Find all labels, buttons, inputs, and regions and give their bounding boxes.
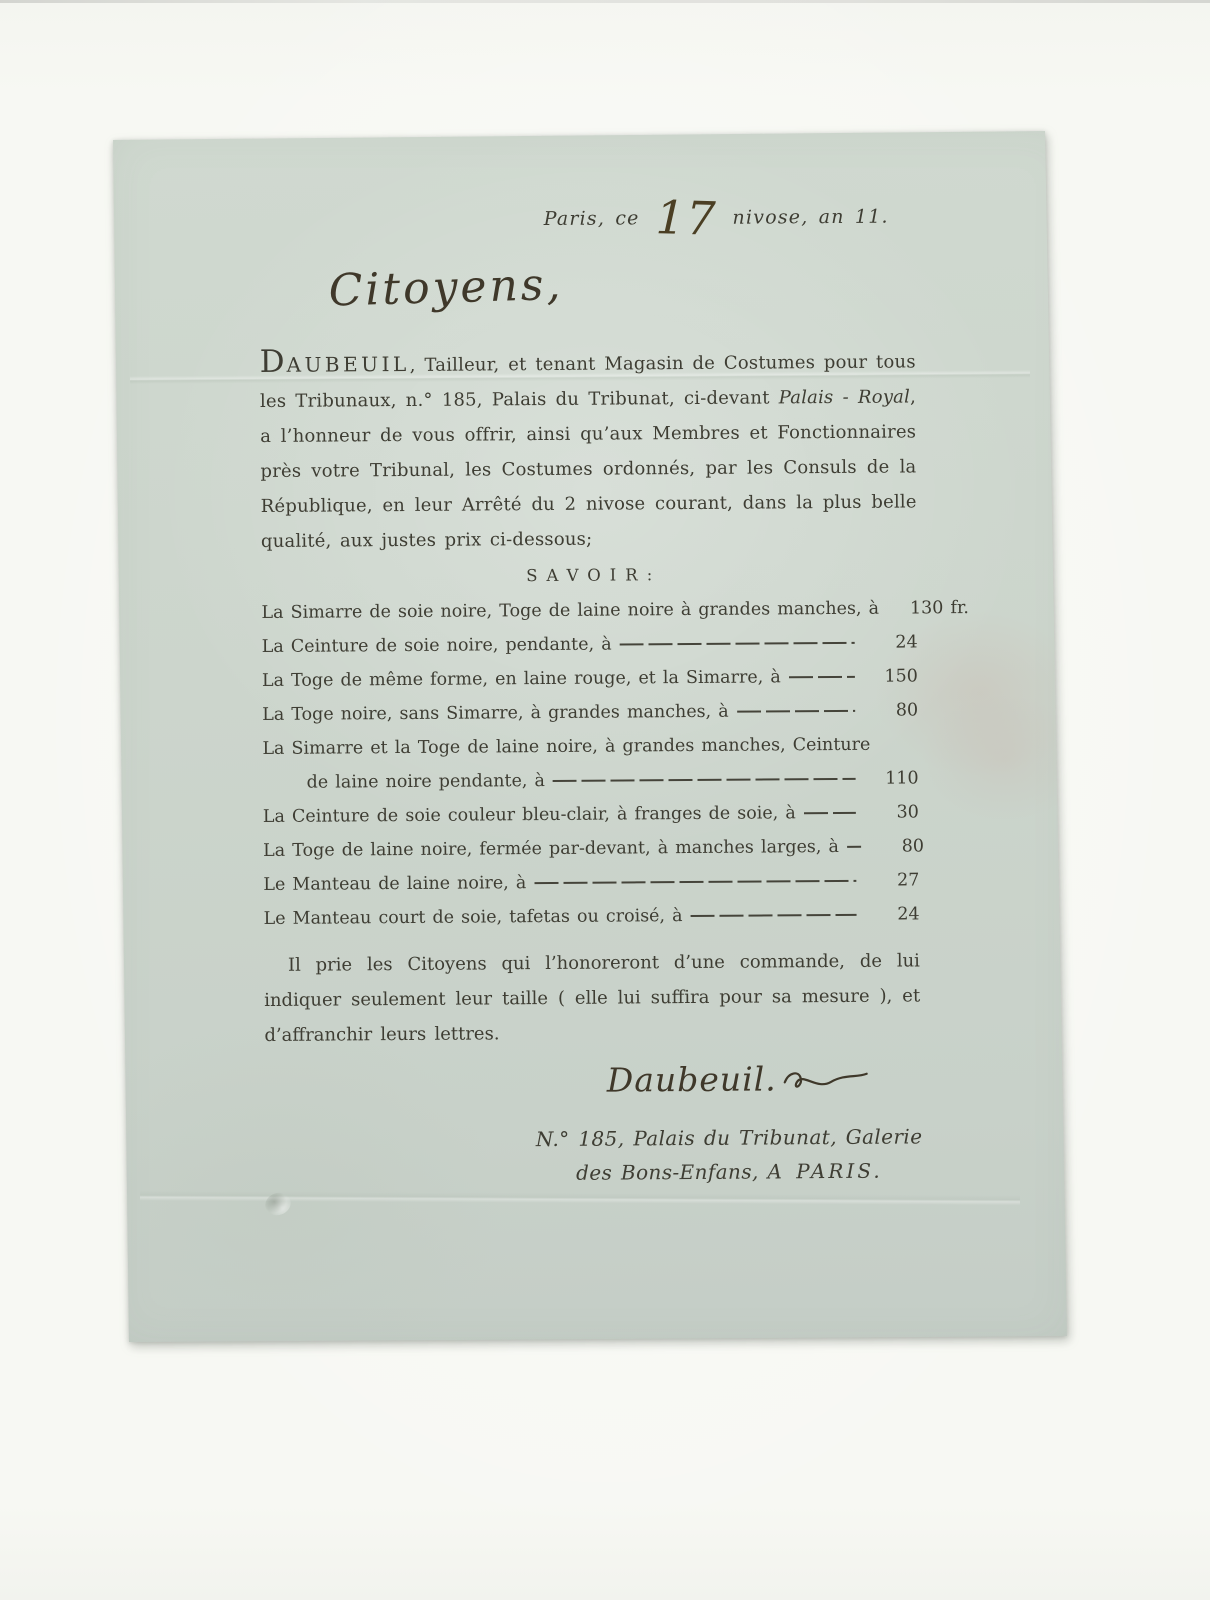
signature-flourish-icon bbox=[783, 1067, 869, 1094]
price-list-row: La Simarre de soie noire, Toge de laine … bbox=[261, 591, 917, 630]
price-value: 24 bbox=[865, 897, 919, 931]
price-value: 30 bbox=[865, 795, 919, 829]
dash-leader bbox=[620, 630, 855, 649]
price-list-row: Le Manteau de laine noire, à 27 bbox=[263, 863, 919, 902]
price-list-row: La Toge de laine noire, fermée par-devan… bbox=[263, 829, 919, 868]
dateline: Paris, ce 17 nivose, an 11. bbox=[259, 206, 889, 232]
price-list-row-two-line: La Simarre et la Toge de laine noire, à … bbox=[262, 727, 918, 800]
dash-leader bbox=[737, 698, 856, 716]
lead-name: AUBEUIL bbox=[286, 352, 409, 377]
dateline-suffix: nivose, an 11. bbox=[732, 206, 888, 229]
price-value: 24 bbox=[864, 625, 918, 659]
closing-paragraph: Il prie les Citoyens qui l’honoreront d’… bbox=[264, 943, 921, 1053]
price-list-row-line1: La Simarre et la Toge de laine noire, à … bbox=[262, 727, 918, 766]
price-list: La Simarre de soie noire, Toge de laine … bbox=[261, 591, 919, 936]
address-block: N.° 185, Palais du Tribunat, Galerie des… bbox=[509, 1119, 949, 1190]
dash-leader bbox=[690, 902, 856, 921]
price-value: 80 bbox=[864, 693, 918, 727]
dash-leader bbox=[847, 834, 861, 852]
price-list-row: Le Manteau court de soie, tafetas ou cro… bbox=[263, 897, 919, 936]
price-list-row: La Toge de même forme, en laine rouge, e… bbox=[262, 659, 918, 698]
price-list-row-line2: de laine noire pendante, à 110 bbox=[263, 761, 919, 800]
intro-segment-italic: Palais - Royal bbox=[779, 386, 910, 408]
signature-line: Daubeuil. bbox=[265, 1059, 869, 1102]
paper-sheet: Paris, ce 17 nivose, an 11. Citoyens, DA… bbox=[100, 118, 1085, 1358]
dash-leader bbox=[534, 868, 856, 888]
dash-leader bbox=[553, 766, 856, 786]
manuscript-day: 17 bbox=[656, 217, 717, 219]
price-value: 150 bbox=[864, 659, 918, 693]
dash-leader bbox=[887, 596, 901, 614]
scanned-document-photo: { "colors":{ "background":"#f7f8f3", "pa… bbox=[0, 0, 1210, 1600]
savoir-heading: SAVOIR: bbox=[261, 563, 917, 587]
paper-flaw-dimple bbox=[262, 1189, 294, 1219]
signature-name: Daubeuil. bbox=[607, 1059, 777, 1099]
lead-initial: D bbox=[260, 344, 287, 380]
dash-leader bbox=[804, 800, 856, 818]
intro-paragraph: DAUBEUIL, Tailleur, et tenant Magasin de… bbox=[260, 340, 917, 559]
price-value: 110 bbox=[865, 761, 919, 795]
dash-leader bbox=[789, 664, 855, 682]
salutation: Citoyens, bbox=[328, 249, 915, 316]
address-city: A PARIS. bbox=[767, 1159, 882, 1184]
price-list-row: La Ceinture de soie couleur bleu-clair, … bbox=[263, 795, 919, 834]
dateline-prefix: Paris, ce bbox=[544, 207, 640, 230]
price-list-row: La Toge noire, sans Simarre, à grandes m… bbox=[262, 693, 918, 732]
address-line2: des Bons-Enfans, A PARIS. bbox=[509, 1153, 949, 1190]
price-list-row: La Ceinture de soie noire, pendante, à 2… bbox=[262, 625, 918, 664]
document-content: Paris, ce 17 nivose, an 11. Citoyens, DA… bbox=[258, 113, 921, 1192]
address-line2-street: des Bons-Enfans, bbox=[576, 1159, 768, 1184]
address-line1: N.° 185, Palais du Tribunat, Galerie bbox=[509, 1119, 949, 1156]
price-value: 130 fr. bbox=[910, 591, 969, 625]
scanner-edge-line bbox=[0, 0, 1210, 3]
price-value: 80 bbox=[870, 829, 924, 863]
paper-sheet-wrapper: Paris, ce 17 nivose, an 11. Citoyens, DA… bbox=[100, 118, 1085, 1358]
price-value: 27 bbox=[865, 863, 919, 897]
